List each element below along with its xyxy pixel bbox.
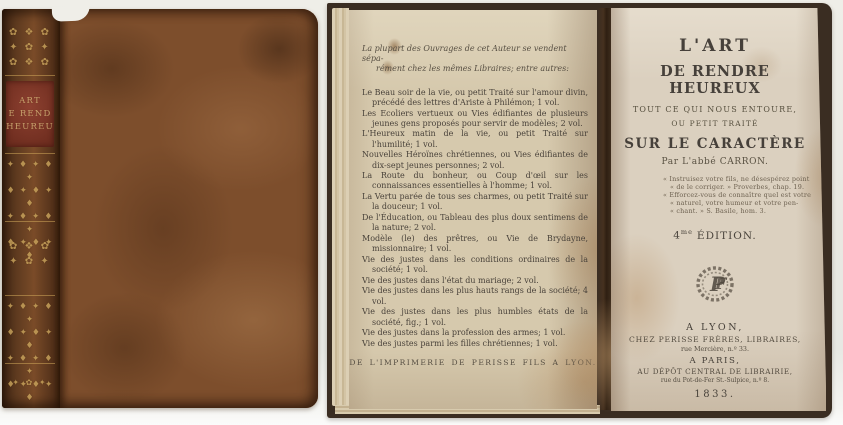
catalog-entry: Vie des justes dans l'état du mariage; 2… bbox=[362, 276, 588, 286]
title-page-text-block: L'ART DE RENDRE HEUREUX TOUT CE QUI NOUS… bbox=[619, 36, 811, 400]
spine-title-line: ART bbox=[6, 97, 54, 106]
catalog-entry: Vie des justes dans les plus hauts rangs… bbox=[362, 286, 588, 306]
edition-line: 4meÉDITION. bbox=[619, 228, 811, 242]
catalog-entry: Le Beau soir de la vie, ou petit Traité … bbox=[362, 88, 588, 108]
author-byline: Par L'abbé CARRON. bbox=[619, 157, 811, 167]
epigraph-line: « Instruisez votre fils, ne désespérez p… bbox=[663, 175, 815, 183]
subtitle-line-2: OU PETIT TRAITÉ bbox=[619, 119, 811, 128]
subtitle-line-1: TOUT CE QUI NOUS ENTOURE, bbox=[619, 105, 811, 114]
publisher-line: CHEZ PERISSE FRÈRES, LIBRAIRES, bbox=[619, 335, 811, 344]
publisher-line: A LYON, bbox=[619, 322, 811, 333]
publisher-line: rue Mercière, n.º 33. bbox=[619, 345, 811, 353]
publication-year: 1833. bbox=[619, 389, 811, 400]
catalog-header-line: La plupart des Ouvrages de cet Auteur se… bbox=[362, 44, 588, 64]
catalog-entry: La Vertu parée de tous ses charmes, ou p… bbox=[362, 192, 588, 212]
spine-gilt-floral-band-icon: ✿ ❖ ✿ ✦ ✿ ✦ bbox=[4, 239, 56, 269]
spine-title-line: HEUREU bbox=[6, 123, 54, 132]
spine-gilt-rule bbox=[5, 221, 55, 222]
imprint-line: DE L'IMPRIMERIE DE PERISSE FILS A LYON. bbox=[349, 358, 597, 367]
catalog-header: La plupart des Ouvrages de cet Auteur se… bbox=[362, 44, 588, 75]
title-page: L'ART DE RENDRE HEUREUX TOUT CE QUI NOUS… bbox=[611, 8, 826, 411]
book-spine: ✿ ❖ ✿ ✦ ✿ ✦ ✿ ❖ ✿ ART E REND HEUREU ✦ ♦ … bbox=[2, 9, 60, 408]
publisher-line: A PARIS, bbox=[619, 356, 811, 366]
spine-gilt-rule bbox=[5, 153, 55, 154]
catalog-text-block: La plupart des Ouvrages de cet Auteur se… bbox=[362, 44, 588, 350]
epigraph-line: « de le corriger. » Proverbes, chap. 19. bbox=[663, 183, 815, 191]
catalog-entry: L'Heureux matin de la vie, ou petit Trai… bbox=[362, 129, 588, 149]
catalog-page: La plupart des Ouvrages de cet Auteur se… bbox=[349, 10, 597, 409]
catalog-entry: Vie des justes parmi les filles chrétien… bbox=[362, 339, 588, 349]
edition-ordinal-suffix: me bbox=[681, 228, 693, 236]
epigraph: « Instruisez votre fils, ne désespérez p… bbox=[663, 175, 815, 215]
catalog-entry: Modèle (le) des prêtres, ou Vie de Bryda… bbox=[362, 234, 588, 254]
svg-text:F: F bbox=[714, 274, 728, 293]
title-main: L'ART bbox=[619, 36, 811, 56]
epigraph-line: « chant. » S. Basile, hom. 3. bbox=[663, 207, 815, 215]
book-cover-leather bbox=[60, 9, 318, 408]
printer-device: P F bbox=[619, 258, 811, 310]
edition-number: 4 bbox=[673, 230, 681, 242]
title-line-2: DE RENDRE HEUREUX bbox=[619, 63, 811, 97]
publisher-block: A LYON,CHEZ PERISSE FRÈRES, LIBRAIRES,ru… bbox=[619, 322, 811, 384]
catalog-entry: Vie des justes dans la profession des ar… bbox=[362, 328, 588, 338]
page-edges-left bbox=[332, 8, 349, 406]
catalog-header-line: rément chez les mêmes Libraires; entre a… bbox=[362, 64, 588, 74]
spine-gilt-rule bbox=[5, 363, 55, 364]
publisher-line: AU DÉPÔT CENTRAL DE LIBRAIRIE, bbox=[619, 367, 811, 376]
catalog-entry: Vie des justes dans les plus humbles éta… bbox=[362, 307, 588, 327]
catalog-entry: Nouvelles Héroïnes chrétiennes, ou Vies … bbox=[362, 150, 588, 170]
catalog-entry: Vie des justes dans les conditions ordin… bbox=[362, 255, 588, 275]
gutter-shadow bbox=[597, 8, 613, 410]
spine-gilt-floral-band-icon: ✿ ❖ ✿ ✦ ✿ ✦ ✿ ❖ ✿ bbox=[4, 25, 56, 70]
catalog-entry: De l'Éducation, ou Tableau des plus doux… bbox=[362, 213, 588, 233]
spine-gilt-tail-band-icon: ✦ ✿ ✦ bbox=[4, 377, 56, 388]
laurel-wreath-icon: P F bbox=[689, 258, 741, 310]
epigraph-line: « naturel, votre humeur et votre pen- bbox=[663, 199, 815, 207]
catalog-entry: La Route du bonheur, ou Coup d'œil sur l… bbox=[362, 171, 588, 191]
spine-title-label: ART E REND HEUREU bbox=[6, 81, 54, 147]
open-book: La plupart des Ouvrages de cet Auteur se… bbox=[327, 3, 832, 418]
spine-title-line: E REND bbox=[6, 110, 54, 119]
catalog-list: Le Beau soir de la vie, ou petit Traité … bbox=[362, 88, 588, 350]
spine-gilt-lattice-band-icon: ✦ ♦ ✦ ♦ ✦ ♦ ✦ ♦ ✦ ♦ ✦ ♦ ✦ ♦ ✦ ♦ ✦ ♦ ✦ ♦ bbox=[4, 301, 56, 405]
publisher-line: rue du Pot-de-Fer St.-Sulpice, n.º 8. bbox=[619, 377, 811, 384]
epigraph-line: « Efforcez-vous de connaître quel est vo… bbox=[663, 191, 815, 199]
closed-book: ✿ ❖ ✿ ✦ ✿ ✦ ✿ ❖ ✿ ART E REND HEUREU ✦ ♦ … bbox=[2, 9, 318, 408]
spine-gilt-rule bbox=[5, 295, 55, 296]
catalog-entry: Les Ecoliers vertueux ou Vies édifiantes… bbox=[362, 109, 588, 129]
edition-word: ÉDITION. bbox=[697, 230, 757, 242]
scan-background: ✿ ❖ ✿ ✦ ✿ ✦ ✿ ❖ ✿ ART E REND HEUREU ✦ ♦ … bbox=[0, 0, 843, 425]
title-line-3: SUR LE CARACTÈRE bbox=[619, 136, 811, 152]
spine-gilt-rule bbox=[5, 75, 55, 76]
